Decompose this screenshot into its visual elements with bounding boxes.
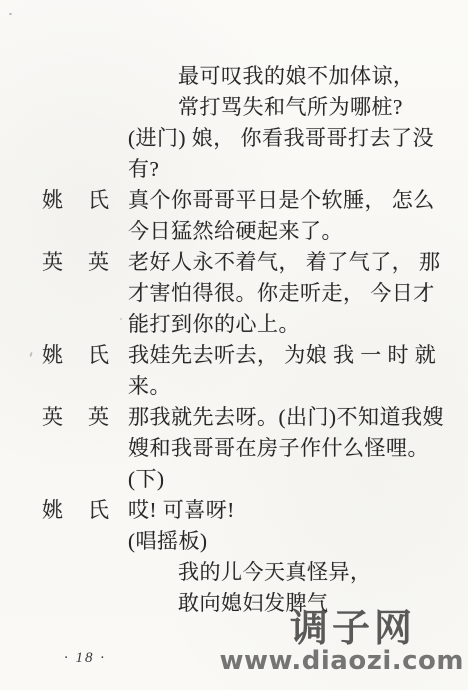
script-row: 姚氏 哎! 可喜呀! bbox=[0, 492, 468, 523]
speaker-name: 姚氏 bbox=[42, 184, 134, 214]
stage-direction: (唱摇板) bbox=[128, 525, 208, 555]
dialogue-line: 我娃先去听去， 为娘 我 一 时 就 bbox=[128, 339, 436, 369]
dialogue-line: 老好人永不着气， 着了气了， 那 bbox=[128, 246, 441, 276]
stage-direction: (下) bbox=[128, 463, 165, 493]
script-row: 能打到你的心上。 bbox=[0, 306, 468, 337]
script-row: (进门) 娘， 你看我哥哥打去了没 bbox=[0, 120, 468, 151]
script-row: 有? bbox=[0, 151, 468, 182]
speaker-name: 姚氏 bbox=[42, 494, 134, 524]
script-row: 最可叹我的娘不加体谅， bbox=[0, 58, 468, 89]
script-row: 嫂和我哥哥在房子作什么怪哩。 bbox=[0, 430, 468, 461]
script-row: 姚氏 我娃先去听去， 为娘 我 一 时 就 bbox=[0, 337, 468, 368]
verse-line: 我的儿今天真怪异， bbox=[178, 556, 372, 586]
scan-speck bbox=[9, 13, 12, 15]
speaker-name: 英英 bbox=[42, 246, 134, 276]
dialogue-line: 嫂和我哥哥在房子作什么怪哩。 bbox=[128, 432, 429, 462]
script-row: (唱摇板) bbox=[0, 523, 468, 554]
script-row: 我的儿今天真怪异， bbox=[0, 554, 468, 585]
dialogue-line: (进门) 娘， 你看我哥哥打去了没 bbox=[128, 122, 434, 152]
verse-line: 最可叹我的娘不加体谅， bbox=[178, 60, 415, 90]
script-row: 英英 老好人永不着气， 着了气了， 那 bbox=[0, 244, 468, 275]
script-row: 来。 bbox=[0, 368, 468, 399]
script-row: 英英 那我就先去呀。(出门)不知道我嫂 bbox=[0, 399, 468, 430]
script-row: (下) bbox=[0, 461, 468, 492]
script-text-block: 最可叹我的娘不加体谅， 常打骂失和气所为哪桩? (进门) 娘， 你看我哥哥打去了… bbox=[0, 58, 468, 616]
watermark-site-url: www.diaozi.com bbox=[220, 648, 465, 674]
dialogue-line: 哎! 可喜呀! bbox=[128, 494, 235, 524]
script-row: 姚氏 真个你哥哥平日是个软腄， 怎么 bbox=[0, 182, 468, 213]
dialogue-line: 那我就先去呀。(出门)不知道我嫂 bbox=[128, 401, 444, 431]
dialogue-line: 才害怕得很。你走听走， 今日才 bbox=[128, 277, 435, 307]
dialogue-line: 来。 bbox=[128, 370, 171, 400]
speaker-name: 姚氏 bbox=[42, 339, 134, 369]
verse-line: 常打骂失和气所为哪桩? bbox=[178, 91, 403, 121]
script-row: 才害怕得很。你走听走， 今日才 bbox=[0, 275, 468, 306]
dialogue-line: 真个你哥哥平日是个软腄， 怎么 bbox=[128, 184, 435, 214]
verse-line: 敢向媳妇发脾气 bbox=[178, 587, 329, 617]
dialogue-line: 有? bbox=[128, 153, 159, 183]
script-row: 常打骂失和气所为哪桩? bbox=[0, 89, 468, 120]
dialogue-line: 今日猛然给硬起来了。 bbox=[128, 215, 343, 245]
page-number: · 18 · bbox=[64, 650, 106, 667]
script-row: 今日猛然给硬起来了。 bbox=[0, 213, 468, 244]
speaker-name: 英英 bbox=[42, 401, 134, 431]
dialogue-line: 能打到你的心上。 bbox=[128, 308, 300, 338]
script-row: 敢向媳妇发脾气 bbox=[0, 585, 468, 616]
scan-speck bbox=[120, 318, 122, 320]
scanned-page: 最可叹我的娘不加体谅， 常打骂失和气所为哪桩? (进门) 娘， 你看我哥哥打去了… bbox=[0, 0, 468, 690]
